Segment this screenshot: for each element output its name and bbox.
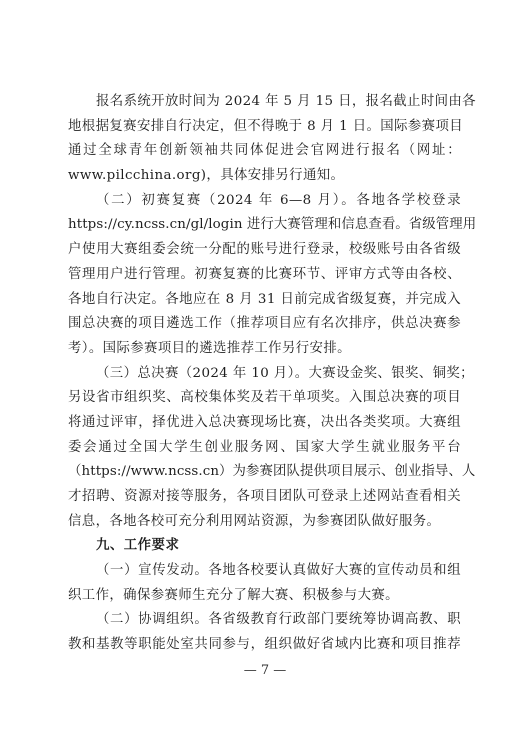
text-line: 户使用大赛组委会统一分配的账号进行登录，校级账号由各省级 — [68, 238, 461, 263]
text-line: https://cy.ncss.cn/gl/login 进行大赛管理和信息查看。… — [68, 213, 461, 238]
text-line: 通过全球青年创新领袖共同体促进会官网进行报名（网址： — [68, 139, 461, 164]
text-line: 各地自行决定。各地应在 8 月 31 日前完成省级复赛，并完成入 — [68, 288, 461, 313]
text-line: 管理用户进行管理。初赛复赛的比赛环节、评审方式等由各校、 — [68, 263, 461, 288]
text-line: 将通过评审，择优进入总决赛现场比赛，决出各类奖项。大赛组 — [68, 411, 461, 436]
text-line: （二）协调组织。各省级教育行政部门要统筹协调高教、职 — [68, 608, 461, 633]
text-line: 另设省市组织奖、高校集体奖及若干单项奖。入围总决赛的项目 — [68, 386, 461, 411]
text-line: （https://www.ncss.cn）为参赛团队提供项目展示、创业指导、人 — [68, 460, 461, 485]
text-line: 考）。国际参赛项目的遴选推荐工作另行安排。 — [68, 337, 461, 362]
text-line: 教和基教等职能处室共同参与，组织做好省域内比赛和项目推荐 — [68, 633, 461, 658]
document-body: 报名系统开放时间为 2024 年 5 月 15 日，报名截止时间由各 地根据复赛… — [68, 90, 461, 658]
text-line: 围总决赛的项目遴选工作（推荐项目应有名次排序，供总决赛参 — [68, 312, 461, 337]
text-line: （三）总决赛（2024 年 10 月）。大赛设金奖、银奖、铜奖； — [68, 362, 461, 387]
text-line: （一）宣传发动。各地各校要认真做好大赛的宣传动员和组 — [68, 559, 461, 584]
text-line: 委会通过全国大学生创业服务网、国家大学生就业服务平台 — [68, 436, 461, 461]
text-line: 织工作，确保参赛师生充分了解大赛、积极参与大赛。 — [68, 584, 461, 609]
text-line: www.pilcchina.org)，具体安排另行通知。 — [68, 164, 461, 189]
section-heading: 九、工作要求 — [68, 534, 461, 559]
text-line: 信息，各地各校可充分利用网站资源，为参赛团队做好服务。 — [68, 510, 461, 535]
page-number: — 7 — — [0, 663, 530, 678]
text-line: 才招聘、资源对接等服务，各项目团队可登录上述网站查看相关 — [68, 485, 461, 510]
text-line: （二）初赛复赛（2024 年 6—8 月）。各地各学校登录 — [68, 189, 461, 214]
text-line: 报名系统开放时间为 2024 年 5 月 15 日，报名截止时间由各 — [68, 90, 461, 115]
text-line: 地根据复赛安排自行决定，但不得晚于 8 月 1 日。国际参赛项目 — [68, 115, 461, 140]
